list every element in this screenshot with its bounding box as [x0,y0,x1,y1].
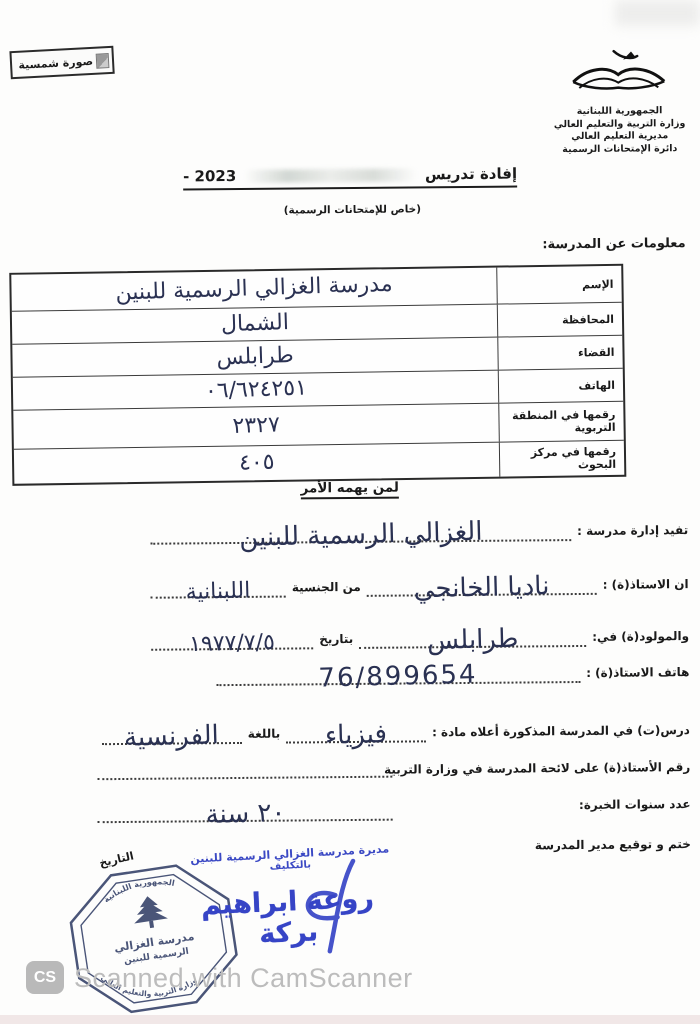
field-birth: والمولود(ة) في: طرابلس بتاريخ ١٩٧٧/٧/٥ [151,625,689,651]
handwritten-subject: فيزياء [325,721,388,749]
scan-smudge [615,0,700,26]
birth-date-line: ١٩٧٧/٧/٥ [151,632,313,650]
signature-flourish-icon [281,855,392,961]
school-field-label: تفيد إدارة مدرسة : [577,523,688,541]
experience-label: عدد سنوات الخبرة: [579,797,691,815]
handwritten-language: الفرنسية [124,722,220,750]
handwritten-letter-school: الغزالي الرسمية للبنين [239,519,483,551]
document-subtitle: (خاص للإمتحانات الرسمية) [227,203,477,217]
handwritten-birth-place: طرابلس [427,626,519,654]
date-field-label: بتاريخ [319,632,353,649]
handwritten-governorate: الشمال [220,312,289,336]
letter-heading: لمن يهمه الأمر [262,479,438,497]
field-experience: عدد سنوات الخبرة: [579,797,691,815]
handwritten-school-name: مدرسة الغزالي الرسمية للبنين [115,274,393,305]
row-label-phone: الهاتف [498,369,623,403]
photo-placeholder-box: صورة شمسية [9,46,114,79]
field-roster-number: رقم الأستاذ(ة) على لائحة المدرسة في وزار… [384,760,690,780]
experience-line-wrap: ٢٠ سنة [98,800,393,824]
handwritten-experience: ٢٠ سنة [205,800,285,828]
field-subject: درس(ت) في المدرسة المذكورة أعلاه مادة : … [102,719,690,745]
document-title: إفادة تدريس - 2023 [183,165,517,191]
ministry-line-4: دائرة الإمتحانات الرسمية [545,142,695,156]
teacher-field-line: ناديا الخانجي [367,574,597,597]
row-label-name: الإسم [496,266,622,304]
title-year: - 2023 [183,167,236,185]
row-label-district: القضاء [497,336,622,370]
school-info-table: الإسم مدرسة الغزالي الرسمية للبنين المحا… [9,264,626,486]
stamp-signature-label: ختم و توقيع مدير المدرسة [535,837,691,855]
teacher-field-label: ان الاستاذ(ة) : [603,577,689,595]
ministry-line-2: وزارة التربية والتعليم العالي [545,117,695,131]
ministry-header: الجمهورية اللبنانية وزارة التربية والتعل… [544,47,695,156]
handwritten-birth-date: ١٩٧٧/٧/٥ [189,632,275,656]
handwritten-teacher-phone: 76/899654 [318,662,478,692]
field-school: تفيد إدارة مدرسة : الغزالي الرسمية للبني… [150,519,688,545]
language-field-line: الفرنسية [102,723,242,745]
camscanner-badge-icon: CS [26,961,64,994]
handwritten-nationality: اللبنانية [186,580,251,604]
letter-heading-text: لمن يهمه الأمر [301,480,399,500]
handwritten-district: طرابلس [216,345,294,369]
handwritten-edu-zone-number: ٢٣٢٧ [232,414,280,438]
experience-line: ٢٠ سنة [98,800,393,824]
title-text: إفادة تدريس [425,165,517,184]
birth-place-line: طرابلس [359,626,586,649]
roster-number-line [97,776,392,781]
cedar-tree-icon [131,894,169,931]
field-stamp-signature: ختم و توقيع مدير المدرسة [535,837,691,855]
roster-number-label: رقم الأستاذ(ة) على لائحة المدرسة في وزار… [384,760,690,780]
handwritten-school-phone: ٠٦/٦٢٤٢٥١ [204,378,307,403]
nationality-field-label: من الجنسية [292,580,361,598]
nationality-field-line: اللبنانية [151,581,286,599]
field-phone: هاتف الاستاذ(ة) : 76/899654 [216,661,689,686]
subject-field-label: درس(ت) في المدرسة المذكورة أعلاه مادة : [432,723,690,742]
open-book-logo-icon [565,47,674,106]
photo-box-label: صورة شمسية [18,54,93,71]
birth-field-label: والمولود(ة) في: [592,629,689,647]
camscanner-watermark-text: Scanned with CamScanner [74,963,413,994]
phone-field-line: 76/899654 [216,662,580,686]
camscanner-badge-text: CS [34,969,56,987]
row-label-research-center-number: رقمها في مركز البحوث [499,441,624,477]
scan-edge-strip [0,1015,700,1024]
row-label-governorate: المحافظة [497,303,622,337]
photo-icon [96,53,110,69]
school-field-line: الغزالي الرسمية للبنين [150,520,571,545]
language-field-label: باللغة [248,727,281,744]
handwritten-teacher-name: ناديا الخانجي [414,573,550,603]
erased-text-smudge [244,168,417,183]
subject-field-line: فيزياء [286,721,426,743]
phone-field-label: هاتف الاستاذ(ة) : [586,665,689,683]
handwritten-research-center-number: ٤٠٥ [239,452,275,475]
row-label-edu-zone-number: رقمها في المنطقة التربوية [498,402,624,442]
field-teacher: ان الاستاذ(ة) : ناديا الخانجي من الجنسية… [151,573,689,599]
school-info-heading: معلومات عن المدرسة: [542,236,686,252]
scanned-document: صورة شمسية الجمهورية اللبنانية وزارة الت… [0,0,700,1024]
